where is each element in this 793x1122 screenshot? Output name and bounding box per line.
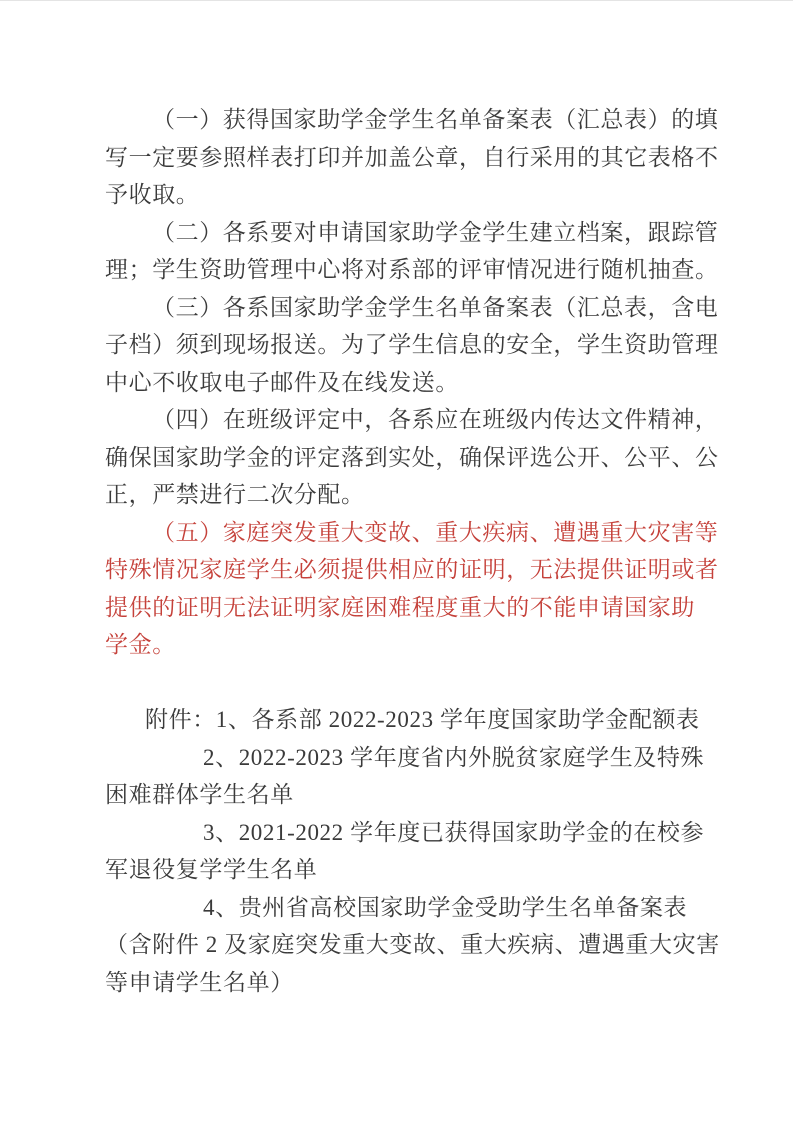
doc-line-red: （五）家庭突发重大变故、重大疾病、遭遇重大灾害等 [105,514,705,552]
doc-line: 中心不收取电子邮件及在线发送。 [105,364,705,402]
doc-line-red: 学金。 [105,626,705,664]
document-body: （一）获得国家助学金学生名单备案表（汇总表）的填 写一定要参照样表打印并加盖公章… [105,101,705,1001]
attachment-line: 4、贵州省高校国家助学金受助学生名单备案表 [105,889,705,927]
paragraph-4: （四）在班级评定中，各系应在班级内传达文件精神， 确保国家助学金的评定落到实处，… [105,401,705,514]
attachment-line: （含附件 2 及家庭突发重大变故、重大疾病、遭遇重大灾害 [105,926,705,964]
doc-line-red: 特殊情况家庭学生必须提供相应的证明，无法提供证明或者 [105,551,705,589]
doc-line: （三）各系国家助学金学生名单备案表（汇总表，含电 [105,289,705,327]
attachment-line: 附件：1、各系部 2022-2023 学年度国家助学金配额表 [105,701,705,739]
attachments-block: 附件：1、各系部 2022-2023 学年度国家助学金配额表 2、2022-20… [105,701,705,1001]
doc-line: 正，严禁进行二次分配。 [105,476,705,514]
page-top-edge [0,0,793,1]
doc-line: （一）获得国家助学金学生名单备案表（汇总表）的填 [105,101,705,139]
attachment-line: 困难群体学生名单 [105,776,705,814]
attachment-line: 等申请学生名单） [105,964,705,1002]
doc-line: （二）各系要对申请国家助学金学生建立档案，跟踪管 [105,214,705,252]
doc-line: 理；学生资助管理中心将对系部的评审情况进行随机抽查。 [105,251,705,289]
doc-line: 确保国家助学金的评定落到实处，确保评选公开、公平、公 [105,439,705,477]
paragraph-5-red: （五）家庭突发重大变故、重大疾病、遭遇重大灾害等 特殊情况家庭学生必须提供相应的… [105,514,705,664]
paragraph-1: （一）获得国家助学金学生名单备案表（汇总表）的填 写一定要参照样表打印并加盖公章… [105,101,705,214]
doc-line: 子档）须到现场报送。为了学生信息的安全，学生资助管理 [105,326,705,364]
paragraph-2: （二）各系要对申请国家助学金学生建立档案，跟踪管 理；学生资助管理中心将对系部的… [105,214,705,289]
attachment-line: 3、2021-2022 学年度已获得国家助学金的在校参 [105,814,705,852]
doc-line: 写一定要参照样表打印并加盖公章，自行采用的其它表格不 [105,139,705,177]
document-page: （一）获得国家助学金学生名单备案表（汇总表）的填 写一定要参照样表打印并加盖公章… [0,0,793,1122]
doc-line: （四）在班级评定中，各系应在班级内传达文件精神， [105,401,705,439]
doc-line-red: 提供的证明无法证明家庭困难程度重大的不能申请国家助 [105,589,705,627]
doc-line: 予收取。 [105,176,705,214]
attachment-line: 军退役复学学生名单 [105,851,705,889]
attachment-line: 2、2022-2023 学年度省内外脱贫家庭学生及特殊 [105,739,705,777]
blank-line [105,664,705,702]
paragraph-3: （三）各系国家助学金学生名单备案表（汇总表，含电 子档）须到现场报送。为了学生信… [105,289,705,402]
